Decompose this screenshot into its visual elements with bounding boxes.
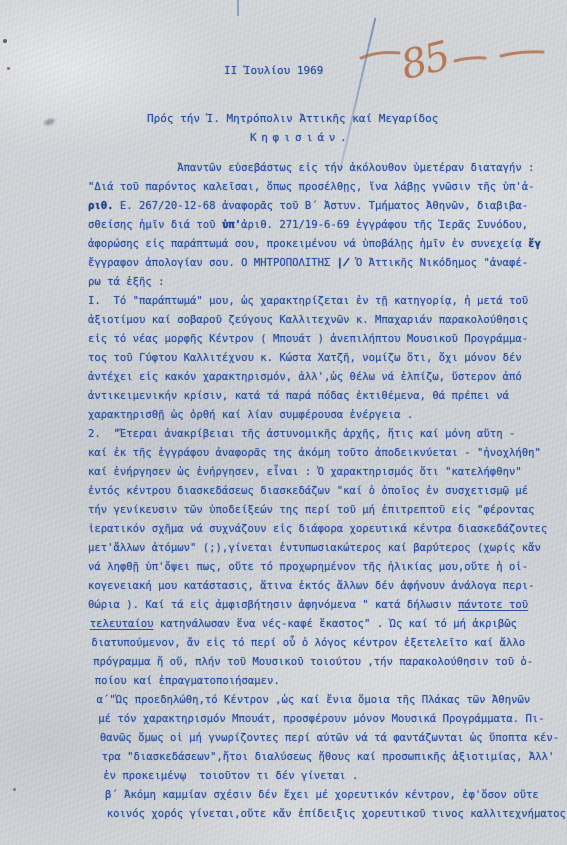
document-line: ἀντικειμενικήν κρίσιν, κατά τά παρά πόδα… xyxy=(88,387,566,406)
line-text: ἐντός κέντρου διασκεδάσεως διασκεδάζων "… xyxy=(88,485,528,497)
date-line: II Ἰουλίου 1969 xyxy=(224,64,323,77)
document-line: σθείσης ἡμῖν διά τοῦ ὑπ'ἀριθ. 271/19-6-6… xyxy=(88,216,566,235)
document-line: καί ἐκ τῆς ἐγγράφου ἀναφορᾶς της ἀκόμη τ… xyxy=(88,444,566,463)
line-text: μετ'ἄλλων ἀτόμων" (;),γίνεται ἐντυπωσιακ… xyxy=(88,542,541,554)
line-text: ἀντικειμενικήν κρίσιν, κατά τά παρά πόδα… xyxy=(88,390,509,402)
document-line: τήν γενίκευσιν τῶν ὑποδείξεών της περί τ… xyxy=(88,501,566,520)
line-text: νά ληφθῇ ὑπ'ὄψει πως, οὔτε τό προχωρημέν… xyxy=(88,561,528,573)
document-line: μετ'ἄλλων ἀτόμων" (;),γίνεται ἐντυπωσιακ… xyxy=(88,539,566,558)
line-text: Ἀπαντῶν εὐσεβάστως εἰς τήν ἀκόλουθον ὑμε… xyxy=(88,162,534,174)
underlined-text: πάντοτε τοῦ xyxy=(458,599,528,611)
document-line: ἀντέχει εἰς κακόν χαρακτηρισμόν, ἀλλ',ὡς… xyxy=(88,368,566,387)
line-text: τρα "διασκεδάσεων",ἤτοι διαλύσεως ἤθους … xyxy=(102,751,555,763)
page-number-annotation: 85 xyxy=(355,20,555,78)
line-text: κοινός χορός γίνεται,οὔτε κἄν ἐπίδειξις … xyxy=(107,808,566,820)
line-text: Ὁ Ἀττικῆς Νικόδημος "ἀναφέ- xyxy=(350,257,529,269)
document-line: 2. "Ἕτεραι ἀνακρίβειαι τῆς ἀστυνομικῆς ἀ… xyxy=(88,425,566,444)
paper-crease-top xyxy=(237,0,239,16)
line-text: καί ἐνήργησεν ὡς ἐνήργησεν, εἶναι : Ὁ χα… xyxy=(88,466,522,478)
line-text: μέ τόν χαρακτηρισμόν Μπουάτ, προσφέρουν … xyxy=(98,713,544,725)
document-line: τρα "διασκεδάσεων",ἤτοι διαλύσεως ἤθους … xyxy=(102,748,566,767)
paper-speck xyxy=(3,39,7,43)
overstruck-text: ἔγ xyxy=(528,238,541,250)
line-text: ἱερατικόν σχῆμα νά συχνάζουν εἰς διάφορα… xyxy=(88,523,547,535)
document-line: ρω τά ἑξῆς : xyxy=(88,273,566,292)
line-text: ἔγγραφον ἀπολογίαν σου. Ο ΜΗΤΡΟΠΟΛΙΤΗΣ xyxy=(88,257,337,269)
line-text: 2. "Ἕτεραι ἀνακρίβειαι τῆς ἀστυνομικῆς ἀ… xyxy=(88,428,515,440)
line-text: ἀφορώσης εἰς παράπτωμά σου, προκειμένου … xyxy=(88,238,528,250)
page-number-text: 85 xyxy=(396,33,453,78)
document-line: κογενειακή μου κατάστασις, ἅτινα ἐκτός ἄ… xyxy=(88,577,566,596)
document-line: ἀφορώσης εἰς παράπτωμά σου, προκειμένου … xyxy=(88,235,566,254)
page-number-dash-left xyxy=(361,53,399,58)
line-text: Ε. 267/20-12-68 ἀναφορᾶς τοῦ Β΄ Ἀστυν. Τ… xyxy=(114,200,529,212)
line-text: Ι. Τό "παράπτωμά" μου, ὡς χαρακτηρίζεται… xyxy=(88,295,528,307)
line-text: ποίου καί ἐπραγματοποιήσαμεν. xyxy=(95,675,280,687)
document-line: θώρια ). Καί τά εἰς ἀμφισβήτησιν ἀφηνόμε… xyxy=(88,596,566,615)
line-text: ρω τά ἑξῆς : xyxy=(88,276,165,288)
line-text: "Διά τοῦ παρόντος καλεῖσαι, ὅπως προσέλθ… xyxy=(88,181,534,193)
document-line: ἐν προκειμένῳ τοιοῦτον τι δέν γίνεται . xyxy=(103,767,566,786)
document-line: χαρακτηρισθῇ ὡς ὀρθή καί λίαν συμφέρουσα… xyxy=(88,406,566,425)
line-text: πρόγραμμα ἤ οὔ, πλήν τοῦ Μουσικοῦ τοιούτ… xyxy=(93,656,533,668)
document-line: β΄ Ἀκόμη καμμίαν σχέσιν δέν ἔχει μέ χορε… xyxy=(105,786,566,805)
line-text: θανῶς ὅμως οἱ μή γνωρίζοντες περί αὐτῶν … xyxy=(100,732,559,744)
line-text: κατηνάλωσαν ἕνα νές-καφέ ἕκαστος" . Ὡς κ… xyxy=(153,618,517,630)
line-text: χαρακτηρισθῇ ὡς ὀρθή καί λίαν συμφέρουσα… xyxy=(88,409,413,421)
document-line: ἔγγραφον ἀπολογίαν σου. Ο ΜΗΤΡΟΠΟΛΙΤΗΣ ∤… xyxy=(88,254,566,273)
document-line: θανῶς ὅμως οἱ μή γνωρίζοντες περί αὐτῶν … xyxy=(100,729,566,748)
overstruck-text: ριθ. xyxy=(88,200,114,212)
line-text: ἀξιοτίμου καί σοβαροῦ ζεύγους Καλλιτεχνῶ… xyxy=(88,314,528,326)
document-line: ἱερατικόν σχῆμα νά συχνάζουν εἰς διάφορα… xyxy=(88,520,566,539)
document-line: καί ἐνήργησεν ὡς ἐνήργησεν, εἶναι : Ὁ χα… xyxy=(88,463,566,482)
document-line: μέ τόν χαρακτηρισμόν Μπουάτ, προσφέρουν … xyxy=(98,710,566,729)
recipient-line: Πρός τήν Ἱ. Μητρόπολιν Ἀττικῆς καί Μεγαρ… xyxy=(147,112,438,125)
document-line: ἀξιοτίμου καί σοβαροῦ ζεύγους Καλλιτεχνῶ… xyxy=(88,311,566,330)
document-line: εἰς τό νέας μορφῆς Κέντρον ( Μπουάτ ) ἀν… xyxy=(88,330,566,349)
paper-speck xyxy=(13,788,16,791)
document-line: πρόγραμμα ἤ οὔ, πλήν τοῦ Μουσικοῦ τοιούτ… xyxy=(93,653,566,672)
document-line: τος τοῦ Γύφτου Καλλιτέχνου κ. Κώστα Χατζ… xyxy=(88,349,566,368)
line-text: α΄"Ὡς προεδηλώθη,τό Κέντρον ,ὡς καί ἔνια… xyxy=(97,694,531,706)
document-line: α΄"Ὡς προεδηλώθη,τό Κέντρον ,ὡς καί ἔνια… xyxy=(97,691,567,710)
line-text: β΄ Ἀκόμη καμμίαν σχέσιν δέν ἔχει μέ χορε… xyxy=(105,789,539,801)
underlined-text: τελευταίου xyxy=(90,618,154,630)
document-line: ριθ. Ε. 267/20-12-68 ἀναφορᾶς τοῦ Β΄ Ἀστ… xyxy=(88,197,566,216)
document-line: "Διά τοῦ παρόντος καλεῖσαι, ὅπως προσέλθ… xyxy=(88,178,566,197)
line-text: ἐν προκειμένῳ τοιοῦτον τι δέν γίνεται . xyxy=(103,770,358,782)
document-line: νά ληφθῇ ὑπ'ὄψει πως, οὔτε τό προχωρημέν… xyxy=(88,558,566,577)
line-text: καί ἐκ τῆς ἐγγράφου ἀναφορᾶς της ἀκόμη τ… xyxy=(88,447,541,459)
line-text: κογενειακή μου κατάστασις, ἅτινα ἐκτός ἄ… xyxy=(88,580,534,592)
line-text: σθείσης ἡμῖν διά τοῦ xyxy=(88,219,222,231)
line-text: διατυπούμενον, ἄν εἰς τό περί οὗ ὁ λόγος… xyxy=(91,637,525,649)
line-text: τος τοῦ Γύφτου Καλλιτέχνου κ. Κώστα Χατζ… xyxy=(88,352,522,364)
overstruck-text: ὑπ' xyxy=(222,219,241,231)
document-line: Ι. Τό "παράπτωμά" μου, ὡς χαρακτηρίζεται… xyxy=(88,292,566,311)
document-line: Ἀπαντῶν εὐσεβάστως εἰς τήν ἀκόλουθον ὑμε… xyxy=(88,159,566,178)
recipient-city: Κηφισιάν. xyxy=(250,131,351,144)
overstruck-text: ∤ xyxy=(337,257,350,269)
page-number-dash-far xyxy=(501,52,543,56)
letter-body: Ἀπαντῶν εὐσεβάστως εἰς τήν ἀκόλουθον ὑμε… xyxy=(88,159,566,824)
document-line: ποίου καί ἐπραγματοποιήσαμεν. xyxy=(95,672,566,691)
document-line: τελευταίου κατηνάλωσαν ἕνα νές-καφέ ἕκασ… xyxy=(90,615,566,634)
letter-page: 85 II Ἰουλίου 1969 Πρός τήν Ἱ. Μητρόπολι… xyxy=(0,0,567,845)
line-text: τήν γενίκευσιν τῶν ὑποδείξεών της περί τ… xyxy=(88,504,534,516)
line-text: θώρια ). Καί τά εἰς ἀμφισβήτησιν ἀφηνόμε… xyxy=(88,599,458,611)
document-line: ἐντός κέντρου διασκεδάσεως διασκεδάζων "… xyxy=(88,482,566,501)
line-text: εἰς τό νέας μορφῆς Κέντρον ( Μπουάτ ) ἀν… xyxy=(88,333,528,345)
line-text: ἀντέχει εἰς κακόν χαρακτηρισμόν, ἀλλ',ὡς… xyxy=(88,371,522,383)
document-line: κοινός χορός γίνεται,οὔτε κἄν ἐπίδειξις … xyxy=(107,805,566,824)
page-number-dash-right xyxy=(455,58,485,61)
line-text: ἀριθ. 271/19-6-69 ἐγγράφου τῆς Ἱερᾶς Συν… xyxy=(241,219,528,231)
document-line: διατυπούμενον, ἄν εἰς τό περί οὗ ὁ λόγος… xyxy=(91,634,566,653)
paper-smudge xyxy=(43,117,55,126)
paper-speck xyxy=(7,67,10,70)
